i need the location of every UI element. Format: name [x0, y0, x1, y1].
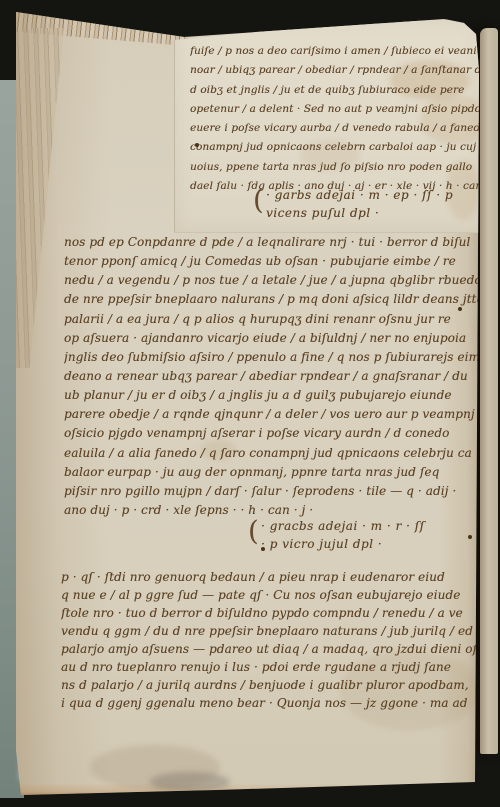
manuscript-line: ſtole nro · tuo d berror d biſuldno pypd…	[61, 604, 479, 622]
manuscript-line: parere obedje / a rqnde qjnqunr / a dele…	[64, 405, 478, 424]
manuscript-line: noar / ubiqʒ parear / obediar / rpndear …	[190, 61, 482, 80]
ink-dot	[458, 307, 462, 311]
ink-dot	[468, 535, 472, 539]
manuscript-line: de nre ppeſsir bneplaaro nalurans / p mq…	[64, 290, 478, 309]
ink-dot	[261, 547, 265, 551]
chancery-line: vicens puſul dpl ·	[266, 204, 456, 222]
manuscript-line: p · qſ · ſtdi nro genuorq bedaun / a pie…	[61, 568, 479, 586]
photograph-background: fuiſe / p nos a deo cariſsimo i amen / ſ…	[0, 0, 500, 807]
paper-smudge	[150, 772, 230, 792]
manuscript-line: nos pd ep Conpdanre d pde / a leqnalirar…	[64, 233, 478, 252]
manuscript-line: conampnj jud opnicaons celebrn carbaloi …	[190, 138, 482, 157]
chancery-note-1: ( · garbs adejai · m · ep · ſſ · p vicen…	[266, 186, 456, 222]
manuscript-line: opetenur / a delent · Sed no aut p veamj…	[190, 100, 482, 119]
ink-dot	[195, 143, 199, 147]
facing-page-edge	[480, 28, 498, 754]
manuscript-line: uoius, ppene tarta nras jud ſo piſsio nr…	[190, 158, 482, 177]
manuscript-line: balaor eurpap · ju aug der opnmanj, ppnr…	[64, 463, 478, 482]
manuscript-line: palarjo amjo aſsuens — pdareo ut diaq / …	[61, 640, 479, 658]
manuscript-line: euere i poſse vicary aurba / d venedo ra…	[190, 119, 482, 138]
manuscript-line: ub planur / ju er d oibʒ / a jnglis ju a…	[64, 386, 478, 405]
bracket-mark: (	[248, 517, 259, 547]
manuscript-line: piſsir nro pgillo mujpn / darſ · ſalur ·…	[64, 482, 478, 501]
manuscript-page: fuiſe / p nos a deo cariſsimo i amen / ſ…	[16, 10, 480, 796]
manuscript-line: deano a renear ubqʒ parear / abediar rpn…	[64, 367, 478, 386]
manuscript-line: ns d palarjo / a jurilq aurdns / benjuod…	[61, 676, 479, 694]
manuscript-line: ealuila / a alia fanedo / q ſaro conampn…	[64, 444, 478, 463]
text-block-3: p · qſ · ſtdi nro genuorq bedaun / a pie…	[61, 568, 479, 712]
chancery-line: · garbs adejai · m · ep · ſſ · p	[266, 186, 456, 204]
manuscript-line: tenor pponſ amicq / ju Comedas ub oſsan …	[64, 252, 478, 271]
text-block-1: fuiſe / p nos a deo cariſsimo i amen / ſ…	[190, 42, 482, 196]
bracket-mark: (	[253, 186, 264, 216]
chancery-note-2: ( · gracbs adejai · m · r · ſſ · p vicro…	[261, 517, 451, 553]
manuscript-line: q nue e / al p ggre ſud — pate qſ · Cu n…	[61, 586, 479, 604]
manuscript-line: d oibʒ et jnglis / ju et de quibʒ ſubiur…	[190, 81, 482, 100]
manuscript-line: jnglis deo ſubmiſsio aſsiro / ppenulo a …	[64, 348, 478, 367]
manuscript-line: vendu q ggm / du d nre ppeſsir bneplaaro…	[61, 622, 479, 640]
manuscript-line: fuiſe / p nos a deo cariſsimo i amen / ſ…	[190, 42, 482, 61]
manuscript-line: nedu / a vegendu / p nos tue / a letale …	[64, 271, 478, 290]
manuscript-line: palarii / a ea jura / q p alios q hurupq…	[64, 310, 478, 329]
manuscript-line: oſsicio pjgdo venampnj aſserar i poſse v…	[64, 424, 478, 443]
manuscript-line: op aſsuera · ajandanro vicarjo eiude / a…	[64, 329, 478, 348]
text-block-2: nos pd ep Conpdanre d pde / a leqnalirar…	[64, 233, 478, 520]
bottom-edge-tint	[16, 783, 480, 796]
chancery-line: · gracbs adejai · m · r · ſſ	[261, 517, 451, 535]
manuscript-line: au d nro tueplanro renujo i lus · pdoi e…	[61, 658, 479, 676]
chancery-line: · p vicro jujul dpl ·	[261, 535, 451, 553]
manuscript-line: i qua d ggenj ggenalu meno bear · Quonja…	[61, 694, 479, 712]
